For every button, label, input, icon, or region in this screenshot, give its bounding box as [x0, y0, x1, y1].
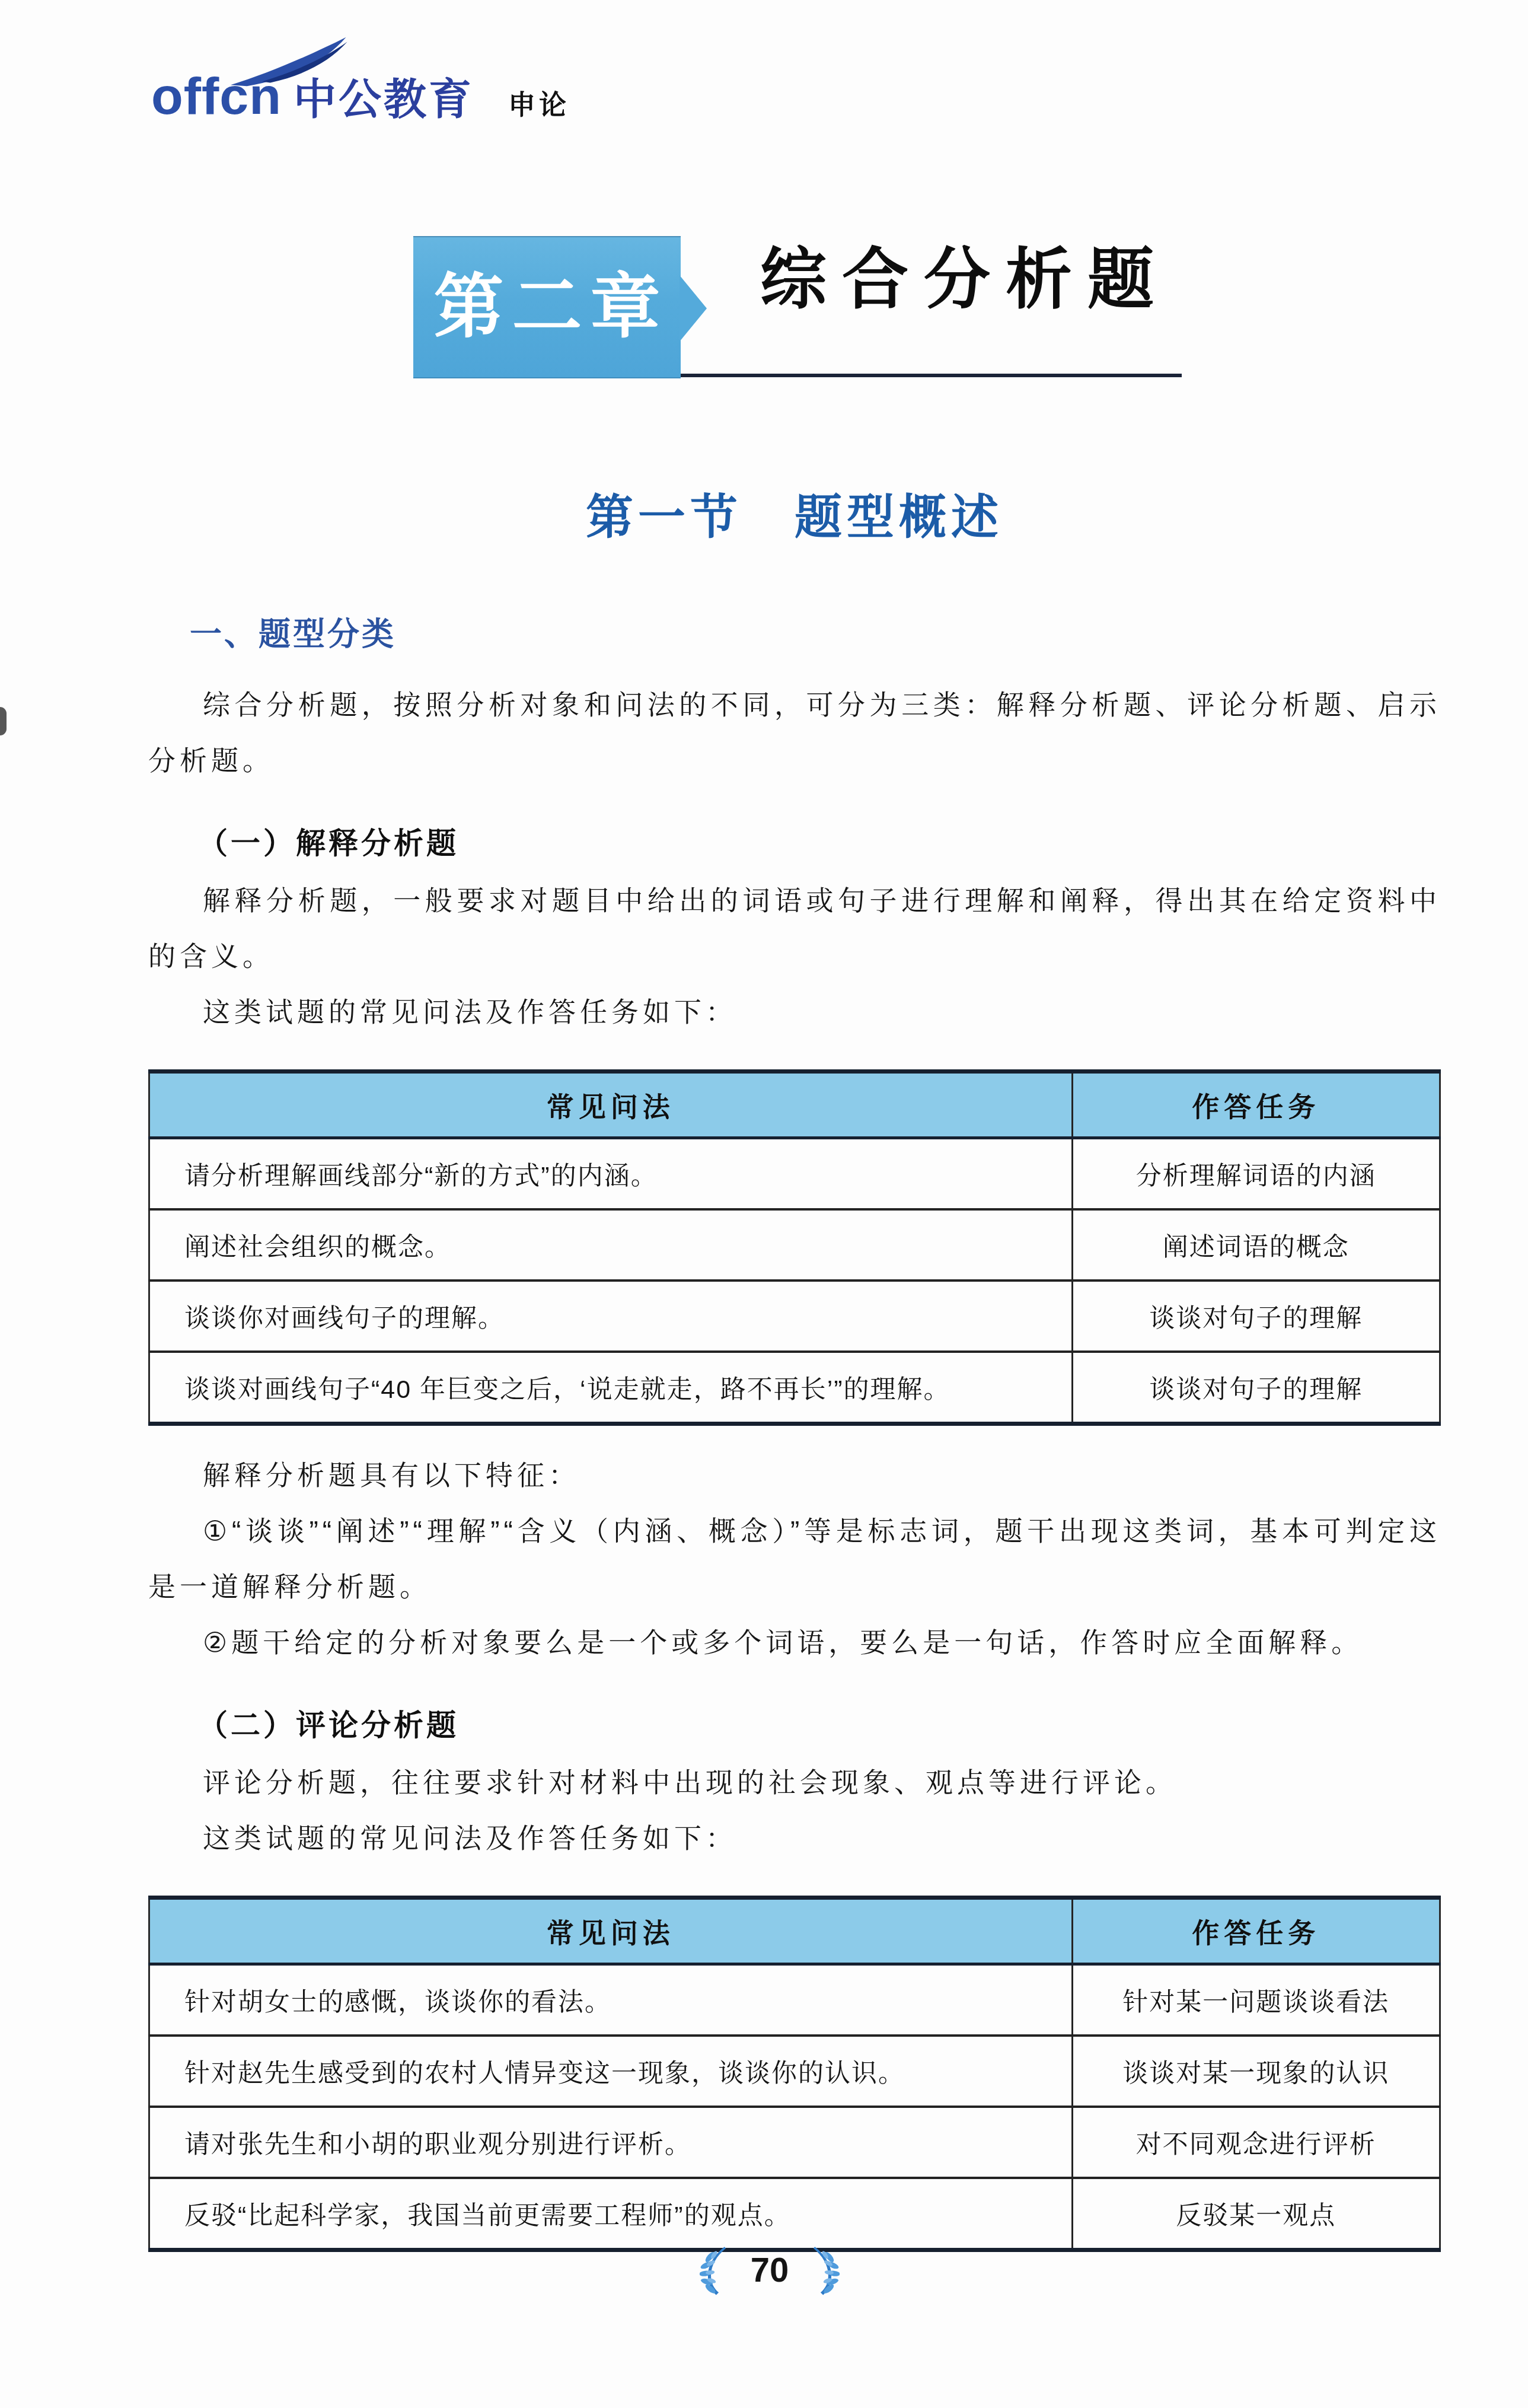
chapter-badge-arrow — [680, 275, 707, 342]
table-row: 阐述社会组织的概念。 阐述词语的概念 — [149, 1209, 1440, 1281]
paragraph-explain-analysis: 解释分析题，一般要求对题目中给出的词语或句子进行理解和阐释，得出其在给定资料中的… — [148, 872, 1441, 984]
table1-row1-task: 分析理解词语的内涵 — [1072, 1138, 1440, 1210]
table1-row2-question: 阐述社会组织的概念。 — [149, 1209, 1073, 1281]
table2-row1-question: 针对胡女士的感慨，谈谈你的看法。 — [149, 1964, 1073, 2036]
table-row: 请分析理解画线部分“新的方式”的内涵。 分析理解词语的内涵 — [149, 1138, 1440, 1210]
table-row: 针对胡女士的感慨，谈谈你的看法。 针对某一问题谈谈看法 — [149, 1964, 1440, 2036]
chapter-badge-label: 第二章 — [425, 272, 668, 342]
section-title: 第一节 题型概述 — [148, 490, 1441, 544]
table2-header-common-ask: 常见问法 — [149, 1898, 1073, 1964]
table1-row1-question: 请分析理解画线部分“新的方式”的内涵。 — [149, 1138, 1073, 1210]
subject-label: 申论 — [508, 83, 570, 122]
page-content: 一、题型分类 综合分析题，按照分析对象和问法的不同，可分为三类：解释分析题、评论… — [148, 614, 1441, 2273]
paragraph-feature-2: ②题干给定的分析对象要么是一个或多个词语，要么是一句话，作答时应全面解释。 — [148, 1614, 1441, 1670]
paragraph-table1-intro: 这类试题的常见问法及作答任务如下： — [148, 984, 1441, 1040]
table1-row4-question: 谈谈对画线句子“40 年巨变之后，‘说走就走，路不再长’”的理解。 — [149, 1352, 1073, 1424]
table2-header-task: 作答任务 — [1072, 1898, 1440, 1964]
table2-row1-task: 针对某一问题谈谈看法 — [1072, 1964, 1440, 2036]
book-page: offcn 中公教育 申论 第二章 综合分析题 第一节 题型概述 一、题型分类 … — [0, 0, 1528, 2408]
paragraph-features-lead: 解释分析题具有以下特征： — [148, 1447, 1441, 1503]
page-footer: 70 — [669, 2243, 870, 2298]
table-row: 谈谈你对画线句子的理解。 谈谈对句子的理解 — [149, 1281, 1440, 1352]
table-row: 反驳“比起科学家，我国当前更需要工程师”的观点。 反驳某一观点 — [149, 2178, 1440, 2250]
scan-artifact — [0, 707, 7, 735]
table1-header-common-ask: 常见问法 — [149, 1072, 1073, 1138]
chapter-title: 综合分析题 — [760, 247, 1169, 313]
table1-row2-task: 阐述词语的概念 — [1072, 1209, 1440, 1281]
question-task-table-2: 常见问法 作答任务 针对胡女士的感慨，谈谈你的看法。 针对某一问题谈谈看法 针对… — [148, 1896, 1441, 2252]
chapter-badge: 第二章 — [413, 236, 681, 378]
table-row: 针对赵先生感受到的农村人情异变这一现象，谈谈你的认识。 谈谈对某一现象的认识 — [149, 2036, 1440, 2107]
paragraph-feature-1: ①“谈谈”“阐述”“理解”“含义（内涵、概念）”等是标志词，题干出现这类词，基本… — [148, 1503, 1441, 1614]
table2-row2-question: 针对赵先生感受到的农村人情异变这一现象，谈谈你的认识。 — [149, 2036, 1073, 2107]
subheading-explain-analysis: （一）解释分析题 — [148, 824, 1441, 863]
laurel-left-icon — [700, 2243, 730, 2298]
table2-row4-task: 反驳某一观点 — [1072, 2178, 1440, 2250]
table1-row3-task: 谈谈对句子的理解 — [1072, 1281, 1440, 1352]
logo-swoosh-icon — [227, 36, 367, 90]
page-number: 70 — [751, 2253, 789, 2288]
table1-header-task: 作答任务 — [1072, 1072, 1440, 1138]
table2-row3-task: 对不同观念进行评析 — [1072, 2107, 1440, 2178]
table-row: 谈谈对画线句子“40 年巨变之后，‘说走就走，路不再长’”的理解。 谈谈对句子的… — [149, 1352, 1440, 1424]
subheading-comment-analysis: （二）评论分析题 — [148, 1706, 1441, 1745]
table2-header-row: 常见问法 作答任务 — [149, 1898, 1440, 1964]
paragraph-comment-analysis: 评论分析题，往往要求针对材料中出现的社会现象、观点等进行评论。 — [148, 1754, 1441, 1810]
table2-row4-question: 反驳“比起科学家，我国当前更需要工程师”的观点。 — [149, 2178, 1073, 2250]
table2-row2-task: 谈谈对某一现象的认识 — [1072, 2036, 1440, 2107]
laurel-right-icon — [809, 2243, 840, 2298]
table2-row3-question: 请对张先生和小胡的职业观分别进行评析。 — [149, 2107, 1073, 2178]
question-task-table-1: 常见问法 作答任务 请分析理解画线部分“新的方式”的内涵。 分析理解词语的内涵 … — [148, 1069, 1441, 1426]
table1-row3-question: 谈谈你对画线句子的理解。 — [149, 1281, 1073, 1352]
chapter-underline — [681, 374, 1182, 377]
table-row: 请对张先生和小胡的职业观分别进行评析。 对不同观念进行评析 — [149, 2107, 1440, 2178]
paragraph-intro: 综合分析题，按照分析对象和问法的不同，可分为三类：解释分析题、评论分析题、启示分… — [148, 677, 1441, 788]
paragraph-table2-intro: 这类试题的常见问法及作答任务如下： — [148, 1810, 1441, 1866]
table1-header-row: 常见问法 作答任务 — [149, 1072, 1440, 1138]
page-header: offcn 中公教育 申论 — [151, 70, 570, 122]
heading-type-classification: 一、题型分类 — [148, 614, 1441, 655]
offcn-logo: offcn 中公教育 — [151, 70, 474, 122]
table1-row4-task: 谈谈对句子的理解 — [1072, 1352, 1440, 1424]
